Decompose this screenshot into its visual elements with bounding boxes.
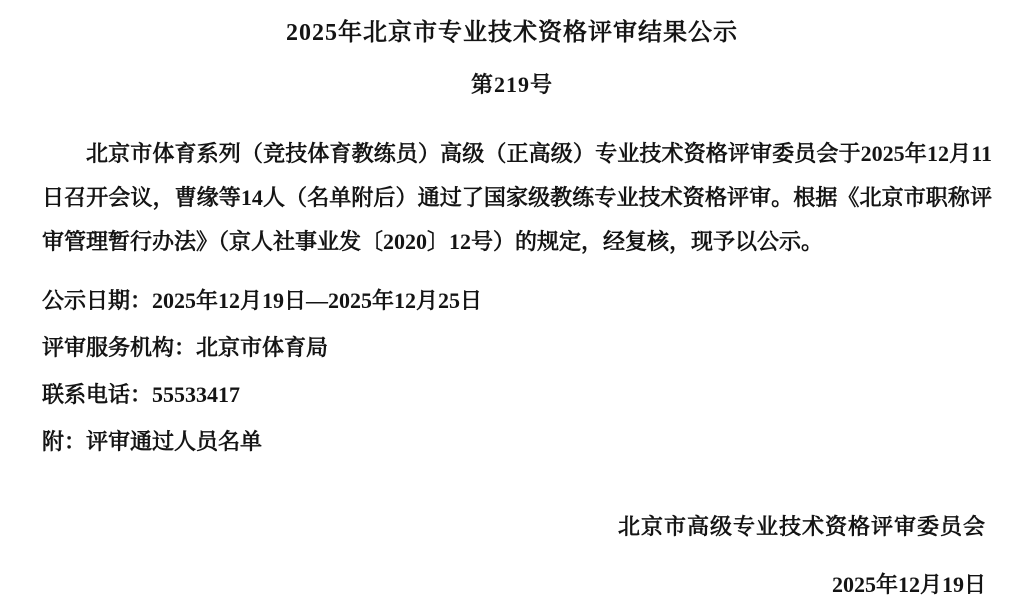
info-line-attachment: 附：评审通过人员名单 bbox=[42, 427, 1024, 457]
signature-date: 2025年12月19日 bbox=[0, 570, 986, 600]
document-page: 2025年北京市专业技术资格评审结果公示 第219号 北京市体育系列（竞技体育教… bbox=[0, 0, 1024, 611]
info-line-review-agency: 评审服务机构：北京市体育局 bbox=[42, 333, 1024, 363]
info-block: 公示日期：2025年12月19日—2025年12月25日 评审服务机构：北京市体… bbox=[42, 286, 1024, 457]
doc-number: 第219号 bbox=[0, 70, 1024, 100]
body-paragraph: 北京市体育系列（竞技体育教练员）高级（正高级）专业技术资格评审委员会于2025年… bbox=[42, 132, 992, 264]
info-line-public-date: 公示日期：2025年12月19日—2025年12月25日 bbox=[42, 286, 1024, 316]
page-title: 2025年北京市专业技术资格评审结果公示 bbox=[0, 0, 1024, 48]
info-line-contact-phone: 联系电话：55533417 bbox=[42, 380, 1024, 410]
signature-committee: 北京市高级专业技术资格评审委员会 bbox=[0, 512, 986, 542]
